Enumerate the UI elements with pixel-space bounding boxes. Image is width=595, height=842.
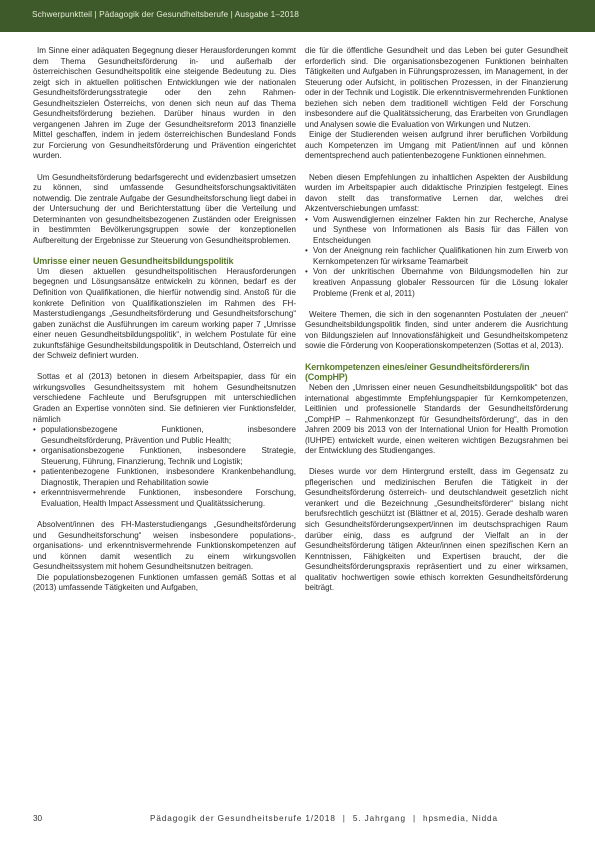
separator: | bbox=[343, 814, 346, 823]
left-column: Im Sinne einer adäquaten Begegnung diese… bbox=[33, 46, 296, 594]
paragraph: Absolvent/innen des FH-Masterstudiengang… bbox=[33, 520, 296, 573]
running-header-bar: Schwerpunktteil | Pädagogik der Gesundhe… bbox=[0, 0, 595, 32]
right-column: die für die öffentliche Gesundheit und d… bbox=[305, 46, 568, 594]
section-heading: Umrisse einer neuen Gesundheitsbildungsp… bbox=[33, 256, 296, 267]
paragraph: Weitere Themen, die sich in den sogenann… bbox=[305, 310, 568, 352]
journal-info: Pädagogik der Gesundheitsberufe 1/2018|5… bbox=[150, 814, 498, 823]
running-title: Schwerpunktteil | Pädagogik der Gesundhe… bbox=[32, 9, 299, 19]
paragraph: Um diesen aktuellen gesundheitspolitisch… bbox=[33, 267, 296, 362]
paragraph: Die populationsbezogenen Funktionen umfa… bbox=[33, 573, 296, 594]
list-item: erkenntnisvermehrende Funktionen, insbes… bbox=[33, 488, 296, 509]
list-item: Von der unkritischen Übernahme von Bildu… bbox=[305, 267, 568, 299]
paragraph: Sottas et al (2013) betonen in diesem Ar… bbox=[33, 372, 296, 425]
paragraph: Dieses wurde vor dem Hintergrund erstell… bbox=[305, 467, 568, 594]
page-number: 30 bbox=[33, 814, 42, 823]
function-fields-list: populationsbezogene Funktionen, insbeson… bbox=[33, 425, 296, 509]
volume: 5. Jahrgang bbox=[353, 814, 406, 823]
paragraph: Einige der Studierenden weisen aufgrund … bbox=[305, 130, 568, 162]
publisher: hpsmedia, Nidda bbox=[423, 814, 498, 823]
separator: | bbox=[413, 814, 416, 823]
paragraph: Neben diesen Empfehlungen zu inhaltliche… bbox=[305, 173, 568, 215]
journal-title: Pädagogik der Gesundheitsberufe 1/2018 bbox=[150, 814, 336, 823]
list-item: organisationsbezogene Funktionen, insbes… bbox=[33, 446, 296, 467]
paragraph: Um Gesundheitsförderung bedarfsgerecht u… bbox=[33, 173, 296, 247]
section-heading: Kernkompetenzen eines/einer Gesundheitsf… bbox=[305, 362, 568, 383]
transformative-learning-list: Vom Auswendiglernen einzelner Fakten hin… bbox=[305, 215, 568, 299]
paragraph: die für die öffentliche Gesundheit und d… bbox=[305, 46, 568, 130]
list-item: populationsbezogene Funktionen, insbeson… bbox=[33, 425, 296, 446]
paragraph: Neben den „Umrissen einer neuen Gesundhe… bbox=[305, 383, 568, 457]
list-item: Vom Auswendiglernen einzelner Fakten hin… bbox=[305, 215, 568, 247]
list-item: Von der Aneignung rein fachlicher Qualif… bbox=[305, 246, 568, 267]
page-footer: 30 Pädagogik der Gesundheitsberufe 1/201… bbox=[0, 814, 595, 828]
paragraph: Im Sinne einer adäquaten Begegnung diese… bbox=[33, 46, 296, 162]
list-item: patientenbezogene Funktionen, insbesonde… bbox=[33, 467, 296, 488]
